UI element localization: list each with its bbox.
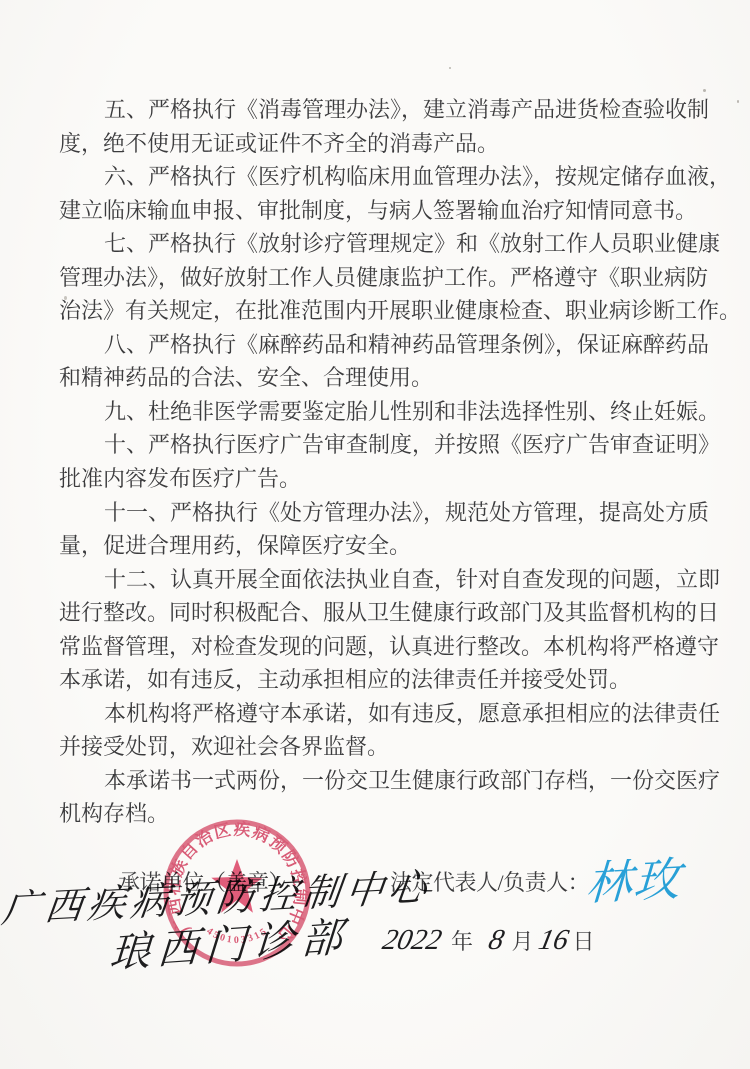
document-body: 五、严格执行《消毒管理办法》，建立消毒产品进货检查验收制 度，绝不使用无证或证件… <box>59 93 709 831</box>
handwritten-month: 8 <box>486 924 508 957</box>
body-line: 本承诺书一式两份，一份交卫生健康行政部门存档，一份交医疗 <box>59 764 709 798</box>
body-line: 治法》有关规定，在批准范围内开展职业健康检查、职业病诊断工作。 <box>59 294 709 328</box>
body-line: 常监督管理，对检查发现的问题，认真进行整改。本机构将严格遵守 <box>59 630 709 664</box>
body-line: 十二、认真开展全面依法执业自查，针对自查发现的问题，立即 <box>59 563 709 597</box>
scan-speckle <box>703 89 706 92</box>
body-line: 量，促进合理用药，保障医疗安全。 <box>59 529 709 563</box>
scan-speckle <box>449 67 451 69</box>
body-line: 度，绝不使用无证或证件不齐全的消毒产品。 <box>59 127 709 161</box>
handwritten-day: 16 <box>535 924 571 957</box>
body-line: 并接受处罚，欢迎社会各界监督。 <box>59 730 709 764</box>
handwritten-year: 2022 <box>379 924 444 957</box>
body-line: 八、严格执行《麻醉药品和精神药品管理条例》，保证麻醉药品 <box>59 328 709 362</box>
month-label: 月 <box>512 925 534 956</box>
scanned-document-page: 五、严格执行《消毒管理办法》，建立消毒产品进货检查验收制 度，绝不使用无证或证件… <box>0 0 750 1069</box>
date-line: 2022 年 8 月 16 日 <box>383 924 595 957</box>
body-line: 十、严格执行医疗广告审查制度，并按照《医疗广告审查证明》 <box>59 428 709 462</box>
body-line: 九、杜绝非医学需要鉴定胎儿性别和非法选择性别、终止妊娠。 <box>59 395 709 429</box>
body-line: 管理办法》，做好放射工作人员健康监护工作。严格遵守《职业病防 <box>59 261 709 295</box>
body-line: 六、严格执行《医疗机构临床用血管理办法》，按规定储存血液， <box>59 160 709 194</box>
body-line: 进行整改。同时积极配合、服从卫生健康行政部门及其监督机构的日 <box>59 596 709 630</box>
body-line: 本承诺，如有违反，主动承担相应的法律责任并接受处罚。 <box>59 663 709 697</box>
body-line: 十一、严格执行《处方管理办法》，规范处方管理，提高处方质 <box>59 496 709 530</box>
scan-speckle <box>737 100 739 103</box>
body-line: 批准内容发布医疗广告。 <box>59 462 709 496</box>
body-line: 五、严格执行《消毒管理办法》，建立消毒产品进货检查验收制 <box>59 93 709 127</box>
day-label: 日 <box>573 925 595 956</box>
body-line: 七、严格执行《放射诊疗管理规定》和《放射工作人员职业健康 <box>59 227 709 261</box>
body-line: 本机构将严格遵守本承诺，如有违反，愿意承担相应的法律责任 <box>59 697 709 731</box>
body-line: 建立临床输血申报、审批制度，与病人签署输血治疗知情同意书。 <box>59 194 709 228</box>
year-label: 年 <box>451 925 473 956</box>
legal-representative-signature: 林玫 <box>584 842 683 913</box>
body-line: 和精神药品的合法、安全、合理使用。 <box>59 361 709 395</box>
